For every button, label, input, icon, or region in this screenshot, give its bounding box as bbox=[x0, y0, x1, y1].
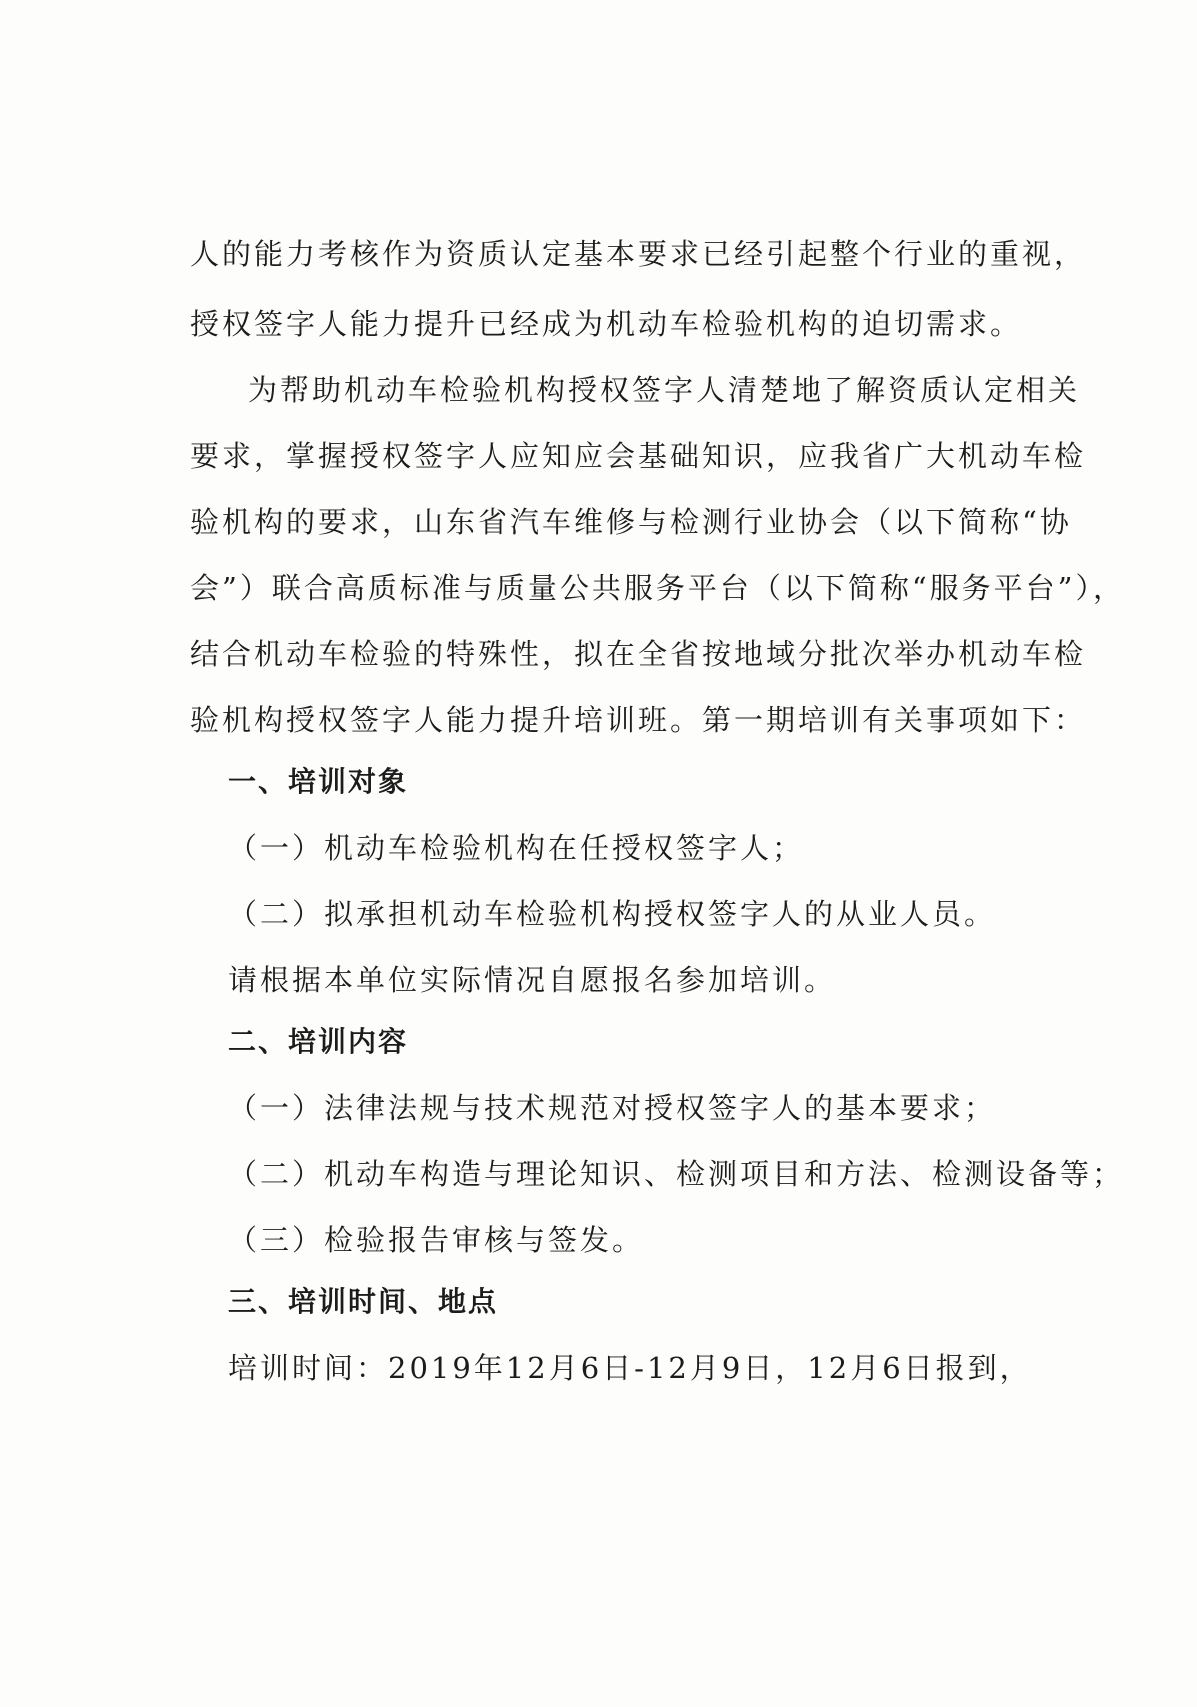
paragraph-line: 验机构授权签字人能力提升培训班。第一期培训有关事项如下： bbox=[190, 698, 1086, 739]
paragraph-line: 要求，掌握授权签字人应知应会基础知识，应我省广大机动车检 bbox=[190, 434, 1086, 475]
section-item: （二）机动车构造与理论知识、检测项目和方法、检测设备等； bbox=[228, 1152, 1124, 1193]
section-heading: 一、培训对象 bbox=[228, 760, 408, 800]
paragraph-line: 结合机动车检验的特殊性，拟在全省按地域分批次举办机动车检 bbox=[190, 632, 1086, 673]
paragraph-line: 验机构的要求，山东省汽车维修与检测行业协会（以下简称“协 bbox=[190, 500, 1072, 541]
section-item: （二）拟承担机动车检验机构授权签字人的从业人员。 bbox=[228, 892, 996, 933]
section-item: （一）法律法规与技术规范对授权签字人的基本要求； bbox=[228, 1086, 996, 1127]
section-item: （一）机动车检验机构在任授权签字人； bbox=[228, 826, 804, 867]
section-heading: 二、培训内容 bbox=[228, 1020, 408, 1060]
section-item: 请根据本单位实际情况自愿报名参加培训。 bbox=[228, 958, 836, 999]
paragraph-line: 人的能力考核作为资质认定基本要求已经引起整个行业的重视， bbox=[190, 232, 1086, 273]
section-item: 培训时间：2019年12月6日-12月9日，12月6日报到， bbox=[228, 1346, 1032, 1387]
paragraph-line: 为帮助机动车检验机构授权签字人清楚地了解资质认定相关 bbox=[248, 368, 1080, 409]
paragraph-line: 授权签字人能力提升已经成为机动车检验机构的迫切需求。 bbox=[190, 302, 1022, 343]
paragraph-line: 会”）联合高质标准与质量公共服务平台（以下简称“服务平台”）， bbox=[190, 566, 1125, 607]
section-heading: 三、培训时间、地点 bbox=[228, 1280, 498, 1320]
section-item: （三）检验报告审核与签发。 bbox=[228, 1218, 644, 1259]
